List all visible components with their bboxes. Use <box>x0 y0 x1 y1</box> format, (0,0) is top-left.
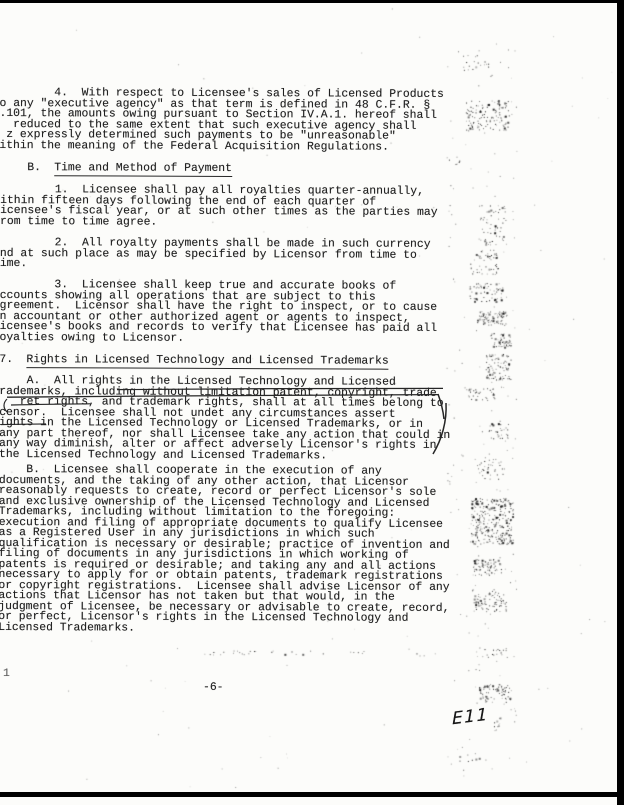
page-number: -6- <box>203 683 224 694</box>
scan-border-top <box>0 0 624 3</box>
paragraph-v-a: A. All rights in the Licensed Technology… <box>0 376 451 462</box>
stray-mark: 1 <box>3 669 10 680</box>
paragraph-b3: 3. Licensee shall keep true and accurate… <box>0 280 437 345</box>
heading-section-b: B.Time and Method of Payment <box>27 163 232 174</box>
paragraph-section-iv-a4: 4. With respect to Licensee's sales of L… <box>0 88 444 153</box>
paragraph-b1: 1. Licensee shall pay all royalties quar… <box>0 185 438 229</box>
heading-section-v-title: Rights in Licensed Technology and Licens… <box>26 354 388 369</box>
paragraph-v-b: B. Licensee shall cooperate in the execu… <box>0 465 450 635</box>
heading-section-v-number: 7. <box>0 355 26 366</box>
scan-border-right <box>617 0 624 805</box>
paragraph-b2: 2. All royalty payments shall be made in… <box>0 238 431 271</box>
heading-section-v: 7.Rights in Licensed Technology and Lice… <box>0 355 389 367</box>
typewritten-text-layer: 4. With respect to Licensee's sales of L… <box>0 0 624 805</box>
scan-border-bottom <box>0 792 624 797</box>
heading-section-b-number: B. <box>27 163 54 174</box>
scanned-document-page: 4. With respect to Licensee's sales of L… <box>0 0 624 805</box>
heading-section-b-title: Time and Method of Payment <box>54 162 232 176</box>
